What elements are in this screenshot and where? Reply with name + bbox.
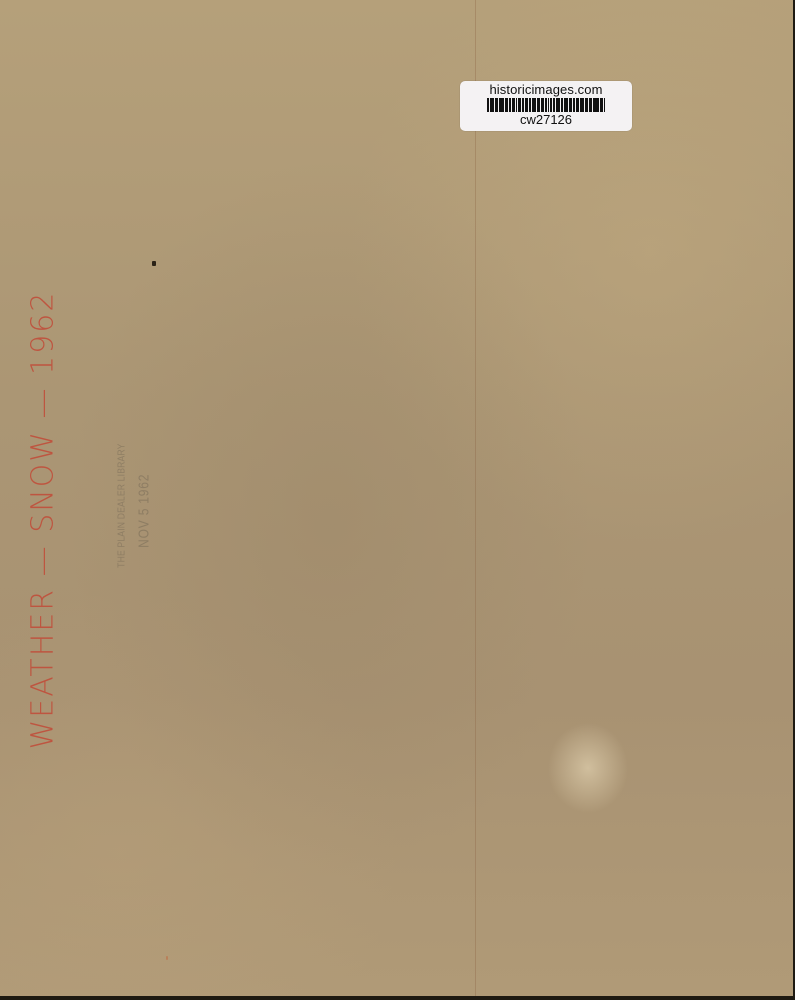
handwritten-note: WEATHER — SNOW — 1962 [26,291,61,750]
stamp-date: NOV 5 1962 [136,442,153,547]
dust-speck [166,956,168,960]
barcode-label: historicimages.com cw27126 [460,81,632,131]
label-code: cw27126 [460,113,632,127]
label-site: historicimages.com [460,83,632,97]
barcode-icon [487,98,605,112]
stamp-library-name: THE PLAIN DEALER LIBRARY [116,443,128,567]
scan-edge [0,996,795,1000]
crease-line [475,0,476,996]
library-stamp: THE PLAIN DEALER LIBRARY NOV 5 1962 [116,416,153,568]
photo-back-paper: historicimages.com cw27126 WEATHER — SNO… [0,0,793,996]
dust-speck [152,261,156,266]
